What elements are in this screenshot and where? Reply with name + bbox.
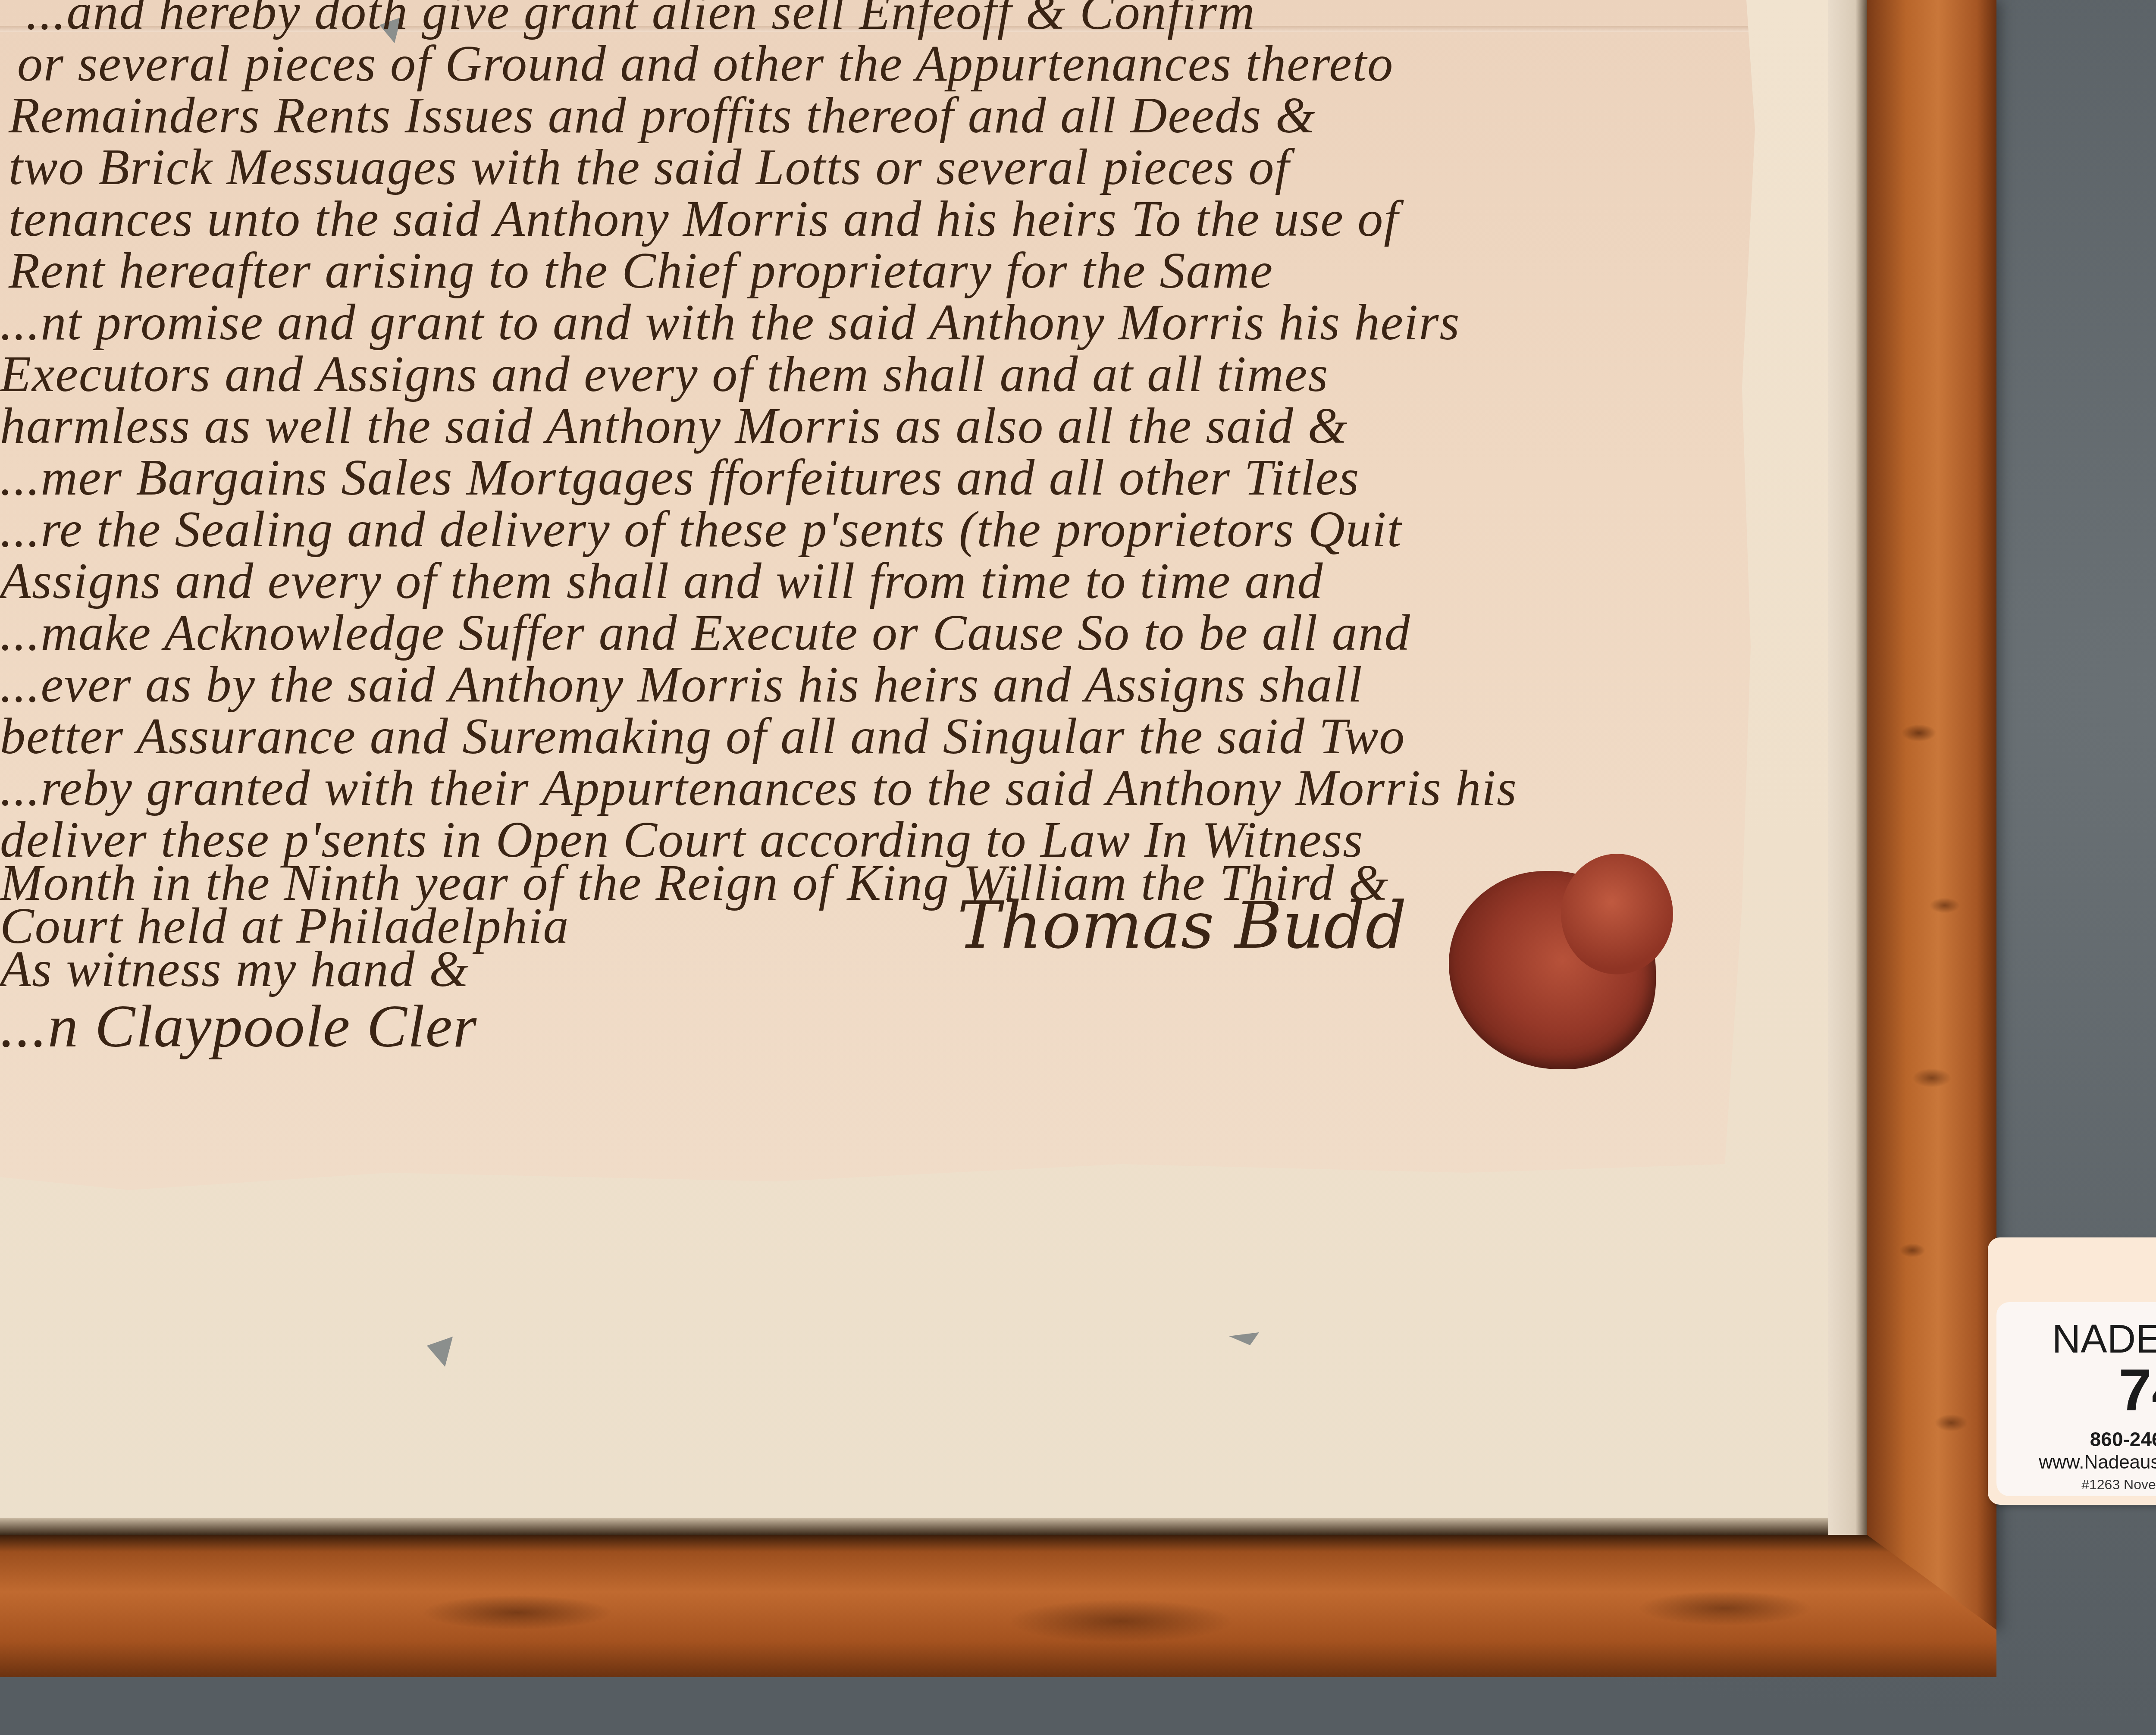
wax-seal [1449, 871, 1656, 1069]
deed-line: Rent hereafter arising to the Chief prop… [9, 241, 1273, 300]
deed-line: tenances unto the said Anthony Morris an… [9, 190, 1399, 248]
glass-edge [1828, 0, 1867, 1535]
deed-line: Assigns and every of them shall and will… [0, 552, 1323, 611]
deed-line: As witness my hand & [0, 940, 470, 999]
auction-house-name: NADEAU'S [1996, 1319, 2156, 1359]
deed-line: Remainders Rents Issues and proffits the… [9, 86, 1316, 145]
sale-number-date: #1263 November 2024 [1996, 1477, 2156, 1493]
mat-tear [427, 1337, 453, 1367]
deed-line: two Brick Messuages with the said Lotts … [9, 138, 1290, 197]
deed-line: ...re the Sealing and delivery of these … [0, 500, 1402, 559]
burl-frame-bottom [0, 1535, 1996, 1677]
deed-line: ...reby granted with their Appurtenances… [0, 759, 1517, 817]
mat-edge [0, 1518, 1867, 1535]
auction-phone: 860-246-2444 [1996, 1428, 2156, 1451]
lot-number: 74 [1996, 1359, 2156, 1422]
auction-website: www.NadeausAuction.com [1996, 1452, 2156, 1473]
deed-line: ...mer Bargains Sales Mortgages fforfeit… [0, 448, 1360, 507]
deed-line: or several pieces of Ground and other th… [17, 34, 1394, 93]
frame-mat: ...and hereby doth give grant alien sell… [0, 0, 1867, 1535]
auction-lot-tag: NADEAU'S 74 860-246-2444 www.NadeausAuct… [1996, 1302, 2156, 1496]
mat-tear [1229, 1332, 1259, 1345]
signature-thomas-budd: Thomas Budd [957, 888, 1407, 963]
deed-line: harmless as well the said Anthony Morris… [0, 397, 1348, 455]
deed-line: Executors and Assigns and every of them … [0, 345, 1329, 404]
deed-line: ...make Acknowledge Suffer and Execute o… [0, 604, 1411, 662]
deed-line: better Assurance and Suremaking of all a… [0, 707, 1405, 766]
handwritten-deed: ...and hereby doth give grant alien sell… [0, 0, 1755, 1190]
deed-line: ...n Claypoole Cler [0, 992, 477, 1061]
burl-frame-right [1867, 0, 1996, 1630]
deed-line: ...ever as by the said Anthony Morris hi… [0, 655, 1363, 714]
deed-line: ...nt promise and grant to and with the … [0, 293, 1460, 352]
